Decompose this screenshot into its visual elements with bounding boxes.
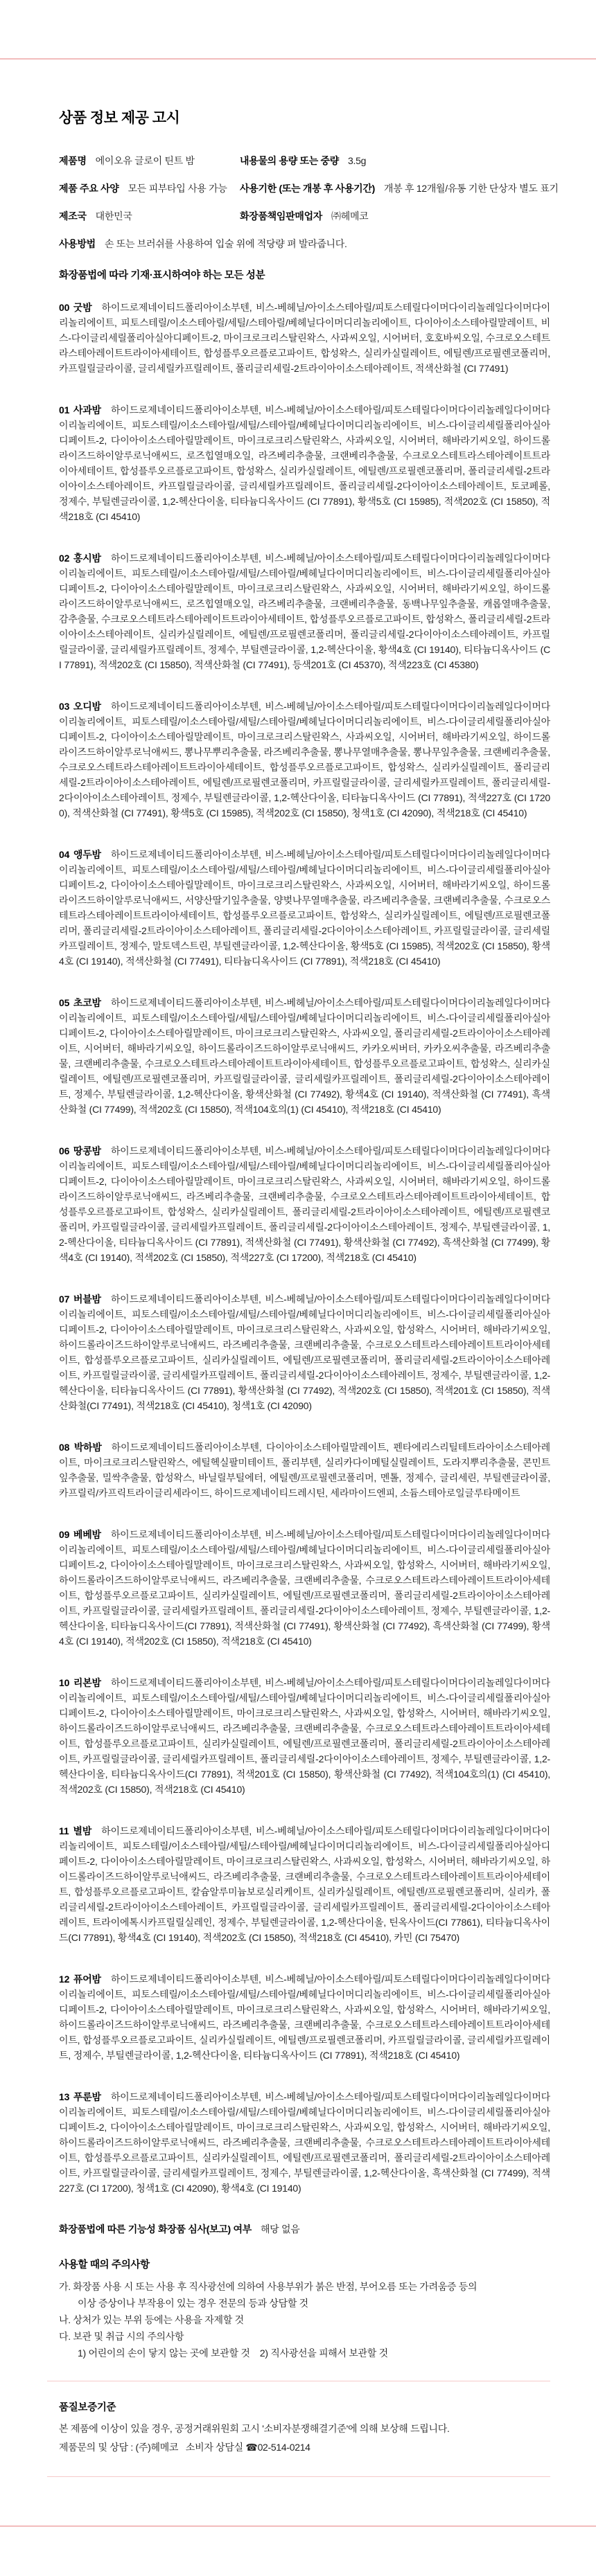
top-divider — [0, 58, 596, 60]
shade-name: 01 사과밤 — [59, 404, 101, 415]
field-label: 화장품책임판매업자 — [240, 211, 322, 222]
precaution-line: 가. 화장품 사용 시 또는 사용 후 직사광선에 의하여 사용부위가 붉은 반… — [59, 2278, 550, 2295]
product-notice-section: 상품 정보 제공 고시 제품명에이오유 글로이 틴트 밤 내용물의 용량 또는 … — [0, 107, 596, 2477]
field-country: 제조국대한민국 — [59, 209, 240, 223]
shade-paragraph-08: 08 박하밤하이드로제네이티드폴리아이소부텐, 다이아이소스테아릴말레이트, 펜… — [59, 1440, 550, 1501]
field-value: 에이오유 글로이 틴트 밤 — [96, 155, 195, 166]
shade-name: 12 퓨어밤 — [59, 1974, 101, 1985]
field-value: 개봉 후 12개월/유통 기한 단상자 별도 표기 — [384, 183, 559, 194]
field-value: ㈜헤메코 — [331, 211, 368, 222]
field-label: 제품 주요 사양 — [59, 183, 119, 194]
field-specification: 제품 주요 사양모든 피부타입 사용 가능 — [59, 181, 240, 195]
precaution-line: 이상 증상이나 부작용이 있는 경우 전문의 등과 상담할 것 — [59, 2295, 550, 2311]
section-divider — [47, 2381, 550, 2381]
shade-ingredients: 하이드로제네이티드폴리아이소부텐, 비스-베헤닐/아이소스테아릴/피토스테릴다이… — [59, 701, 550, 819]
shade-paragraph-09: 09 베베밤하이드로제네이티드폴리아이소부텐, 비스-베헤닐/아이소스테아릴/피… — [59, 1527, 550, 1649]
field-row: 제품명에이오유 글로이 틴트 밤 내용물의 용량 또는 중량3.5g — [59, 154, 550, 168]
ingredients-heading: 화장품법에 따라 기재·표시하여야 하는 모든 성분 — [59, 267, 550, 282]
shade-name: 08 박하밤 — [59, 1442, 102, 1453]
shade-name: 04 앵두밤 — [59, 849, 101, 860]
shade-name: 10 리본밤 — [59, 1677, 101, 1688]
field-row: 제품 주요 사양모든 피부타입 사용 가능 사용기한 (또는 개봉 후 사용기간… — [59, 181, 550, 195]
shade-paragraph-07: 07 버블밤하이드로제네이티드폴리아이소부텐, 비스-베헤닐/아이소스테아릴/피… — [59, 1291, 550, 1413]
shade-paragraph-03: 03 오디밤하이드로제네이티드폴리아이소부텐, 비스-베헤닐/아이소스테아릴/피… — [59, 699, 550, 821]
shade-paragraph-06: 06 땅콩밤하이드로제네이티드폴리아이소부텐, 비스-베헤닐/아이소스테아릴/피… — [59, 1143, 550, 1265]
shade-name: 05 초코밤 — [59, 997, 101, 1008]
field-value: 모든 피부타입 사용 가능 — [128, 183, 227, 194]
field-expiration: 사용기한 (또는 개봉 후 사용기간)개봉 후 12개월/유통 기한 단상자 별… — [240, 181, 559, 195]
shade-paragraph-00: 00 굿밤하이드로제네이티드폴리아이소부텐, 비스-베헤닐/아이소스테아릴/피토… — [59, 300, 550, 376]
functional-review-label: 화장품법에 따른 기능성 화장품 심사(보고) 여부 — [59, 2224, 252, 2235]
shade-paragraph-04: 04 앵두밤하이드로제네이티드폴리아이소부텐, 비스-베헤닐/아이소스테아릴/피… — [59, 847, 550, 969]
field-label: 사용방법 — [59, 238, 96, 249]
field-value: 3.5g — [348, 155, 366, 166]
shade-ingredients: 하이드로제네이티드폴리아이소부텐, 비스-베헤닐/아이소스테아릴/피토스테릴다이… — [59, 1529, 550, 1647]
shade-name: 03 오디밤 — [59, 701, 101, 712]
field-net-weight: 내용물의 용량 또는 중량3.5g — [240, 154, 550, 168]
field-seller: 화장품책임판매업자㈜헤메코 — [240, 209, 550, 223]
shade-ingredients: 하이드로제네이티드폴리아이소부텐, 비스-베헤닐/아이소스테아릴/피토스테릴다이… — [59, 1974, 550, 2061]
warranty-heading: 품질보증기준 — [59, 2399, 550, 2414]
precaution-line: 나. 상처가 있는 부위 등에는 사용을 자제할 것 — [59, 2311, 550, 2328]
warranty-contact-line: 제품문의 및 상담 : (주)헤메코 소비자 상담실 ☎02-514-0214 — [59, 2438, 550, 2457]
bottom-divider — [0, 2525, 596, 2527]
shade-ingredients: 하이드로제네이티드폴리아이소부텐, 비스-베헤닐/아이소스테아릴/피토스테릴다이… — [59, 553, 550, 670]
shade-ingredients: 하이드로제네이티드폴리아이소부텐, 비스-베헤닐/아이소스테아릴/피토스테릴다이… — [59, 1677, 550, 1795]
shade-paragraph-01: 01 사과밤하이드로제네이티드폴리아이소부텐, 비스-베헤닐/아이소스테아릴/피… — [59, 402, 550, 524]
shade-paragraph-10: 10 리본밤하이드로제네이티드폴리아이소부텐, 비스-베헤닐/아이소스테아릴/피… — [59, 1675, 550, 1797]
shade-ingredients: 하이드로제네이티드폴리아이소부텐, 비스-베헤닐/아이소스테아릴/피토스테릴다이… — [59, 302, 550, 374]
field-value: 대한민국 — [96, 211, 132, 222]
shade-name: 06 땅콩밤 — [59, 1145, 101, 1156]
shade-paragraph-11: 11 별밤하이드로제네이티드폴리아이소부텐, 비스-베헤닐/아이소스테아릴/피토… — [59, 1823, 550, 1945]
shade-name: 00 굿밤 — [59, 302, 92, 313]
field-row: 제조국대한민국 화장품책임판매업자㈜헤메코 — [59, 209, 550, 223]
section-divider — [47, 2476, 550, 2477]
field-value: 손 또는 브러쉬를 사용하여 입술 위에 적당량 펴 발라줍니다. — [105, 238, 347, 249]
product-info-table: 제품명에이오유 글로이 틴트 밤 내용물의 용량 또는 중량3.5g 제품 주요… — [59, 154, 550, 251]
shade-ingredients: 하이드로제네이티드폴리아이소부텐, 비스-베헤닐/아이소스테아릴/피토스테릴다이… — [59, 849, 550, 967]
precaution-line: 1) 어린이의 손이 닿지 않는 곳에 보관할 것 2) 직사광선을 피해서 보… — [59, 2345, 550, 2361]
precaution-line: 다. 보관 및 취급 시의 주의사항 — [59, 2328, 550, 2345]
functional-review-value: 해당 없음 — [261, 2224, 300, 2235]
field-usage: 사용방법손 또는 브러쉬를 사용하여 입술 위에 적당량 펴 발라줍니다. — [59, 237, 550, 251]
shade-name: 09 베베밤 — [59, 1529, 101, 1540]
shade-ingredients: 하이드로제네이티드폴리아이소부텐, 비스-베헤닐/아이소스테아릴/피토스테릴다이… — [59, 1825, 550, 1943]
functional-review-row: 화장품법에 따른 기능성 화장품 심사(보고) 여부해당 없음 — [59, 2222, 550, 2236]
shade-ingredients: 하이드로제네이티드폴리아이소부텐, 비스-베헤닐/아이소스테아릴/피토스테릴다이… — [59, 2091, 550, 2194]
shade-paragraph-13: 13 푸룬밤하이드로제네이티드폴리아이소부텐, 비스-베헤닐/아이소스테아릴/피… — [59, 2089, 550, 2196]
shade-paragraph-05: 05 초코밤하이드로제네이티드폴리아이소부텐, 비스-베헤닐/아이소스테아릴/피… — [59, 995, 550, 1117]
shade-name: 07 버블밤 — [59, 1294, 101, 1305]
warranty-line: 본 제품에 이상이 있을 경우, 공정거래위원회 고시 '소비자분쟁해결기준'에… — [59, 2420, 550, 2438]
shade-ingredients: 하이드로제네이티드폴리아이소부텐, 비스-베헤닐/아이소스테아릴/피토스테릴다이… — [59, 997, 550, 1115]
shade-ingredients: 하이드로제네이티드폴리아이소부텐, 비스-베헤닐/아이소스테아릴/피토스테릴다이… — [59, 1294, 550, 1411]
field-label: 제조국 — [59, 211, 87, 222]
shade-ingredients: 하이드로제네이티드폴리아이소부텐, 다이아이소스테아릴말레이트, 펜타에리스리틸… — [59, 1442, 550, 1499]
shade-name: 02 홍시밤 — [59, 553, 101, 564]
field-label: 내용물의 용량 또는 중량 — [240, 155, 339, 166]
field-product-name: 제품명에이오유 글로이 틴트 밤 — [59, 154, 240, 168]
precautions-heading: 사용할 때의 주의사항 — [59, 2257, 550, 2271]
shade-name: 13 푸룬밤 — [59, 2091, 101, 2102]
shade-paragraph-02: 02 홍시밤하이드로제네이티드폴리아이소부텐, 비스-베헤닐/아이소스테아릴/피… — [59, 551, 550, 672]
page-title: 상품 정보 제공 고시 — [59, 107, 550, 127]
field-label: 사용기한 (또는 개봉 후 사용기간) — [240, 183, 375, 194]
shade-name: 11 별밤 — [59, 1825, 91, 1836]
shade-ingredients: 하이드로제네이티드폴리아이소부텐, 비스-베헤닐/아이소스테아릴/피토스테릴다이… — [59, 1145, 550, 1263]
field-label: 제품명 — [59, 155, 87, 166]
shade-paragraph-12: 12 퓨어밤하이드로제네이티드폴리아이소부텐, 비스-베헤닐/아이소스테아릴/피… — [59, 1971, 550, 2063]
shade-ingredients: 하이드로제네이티드폴리아이소부텐, 비스-베헤닐/아이소스테아릴/피토스테릴다이… — [59, 404, 550, 522]
